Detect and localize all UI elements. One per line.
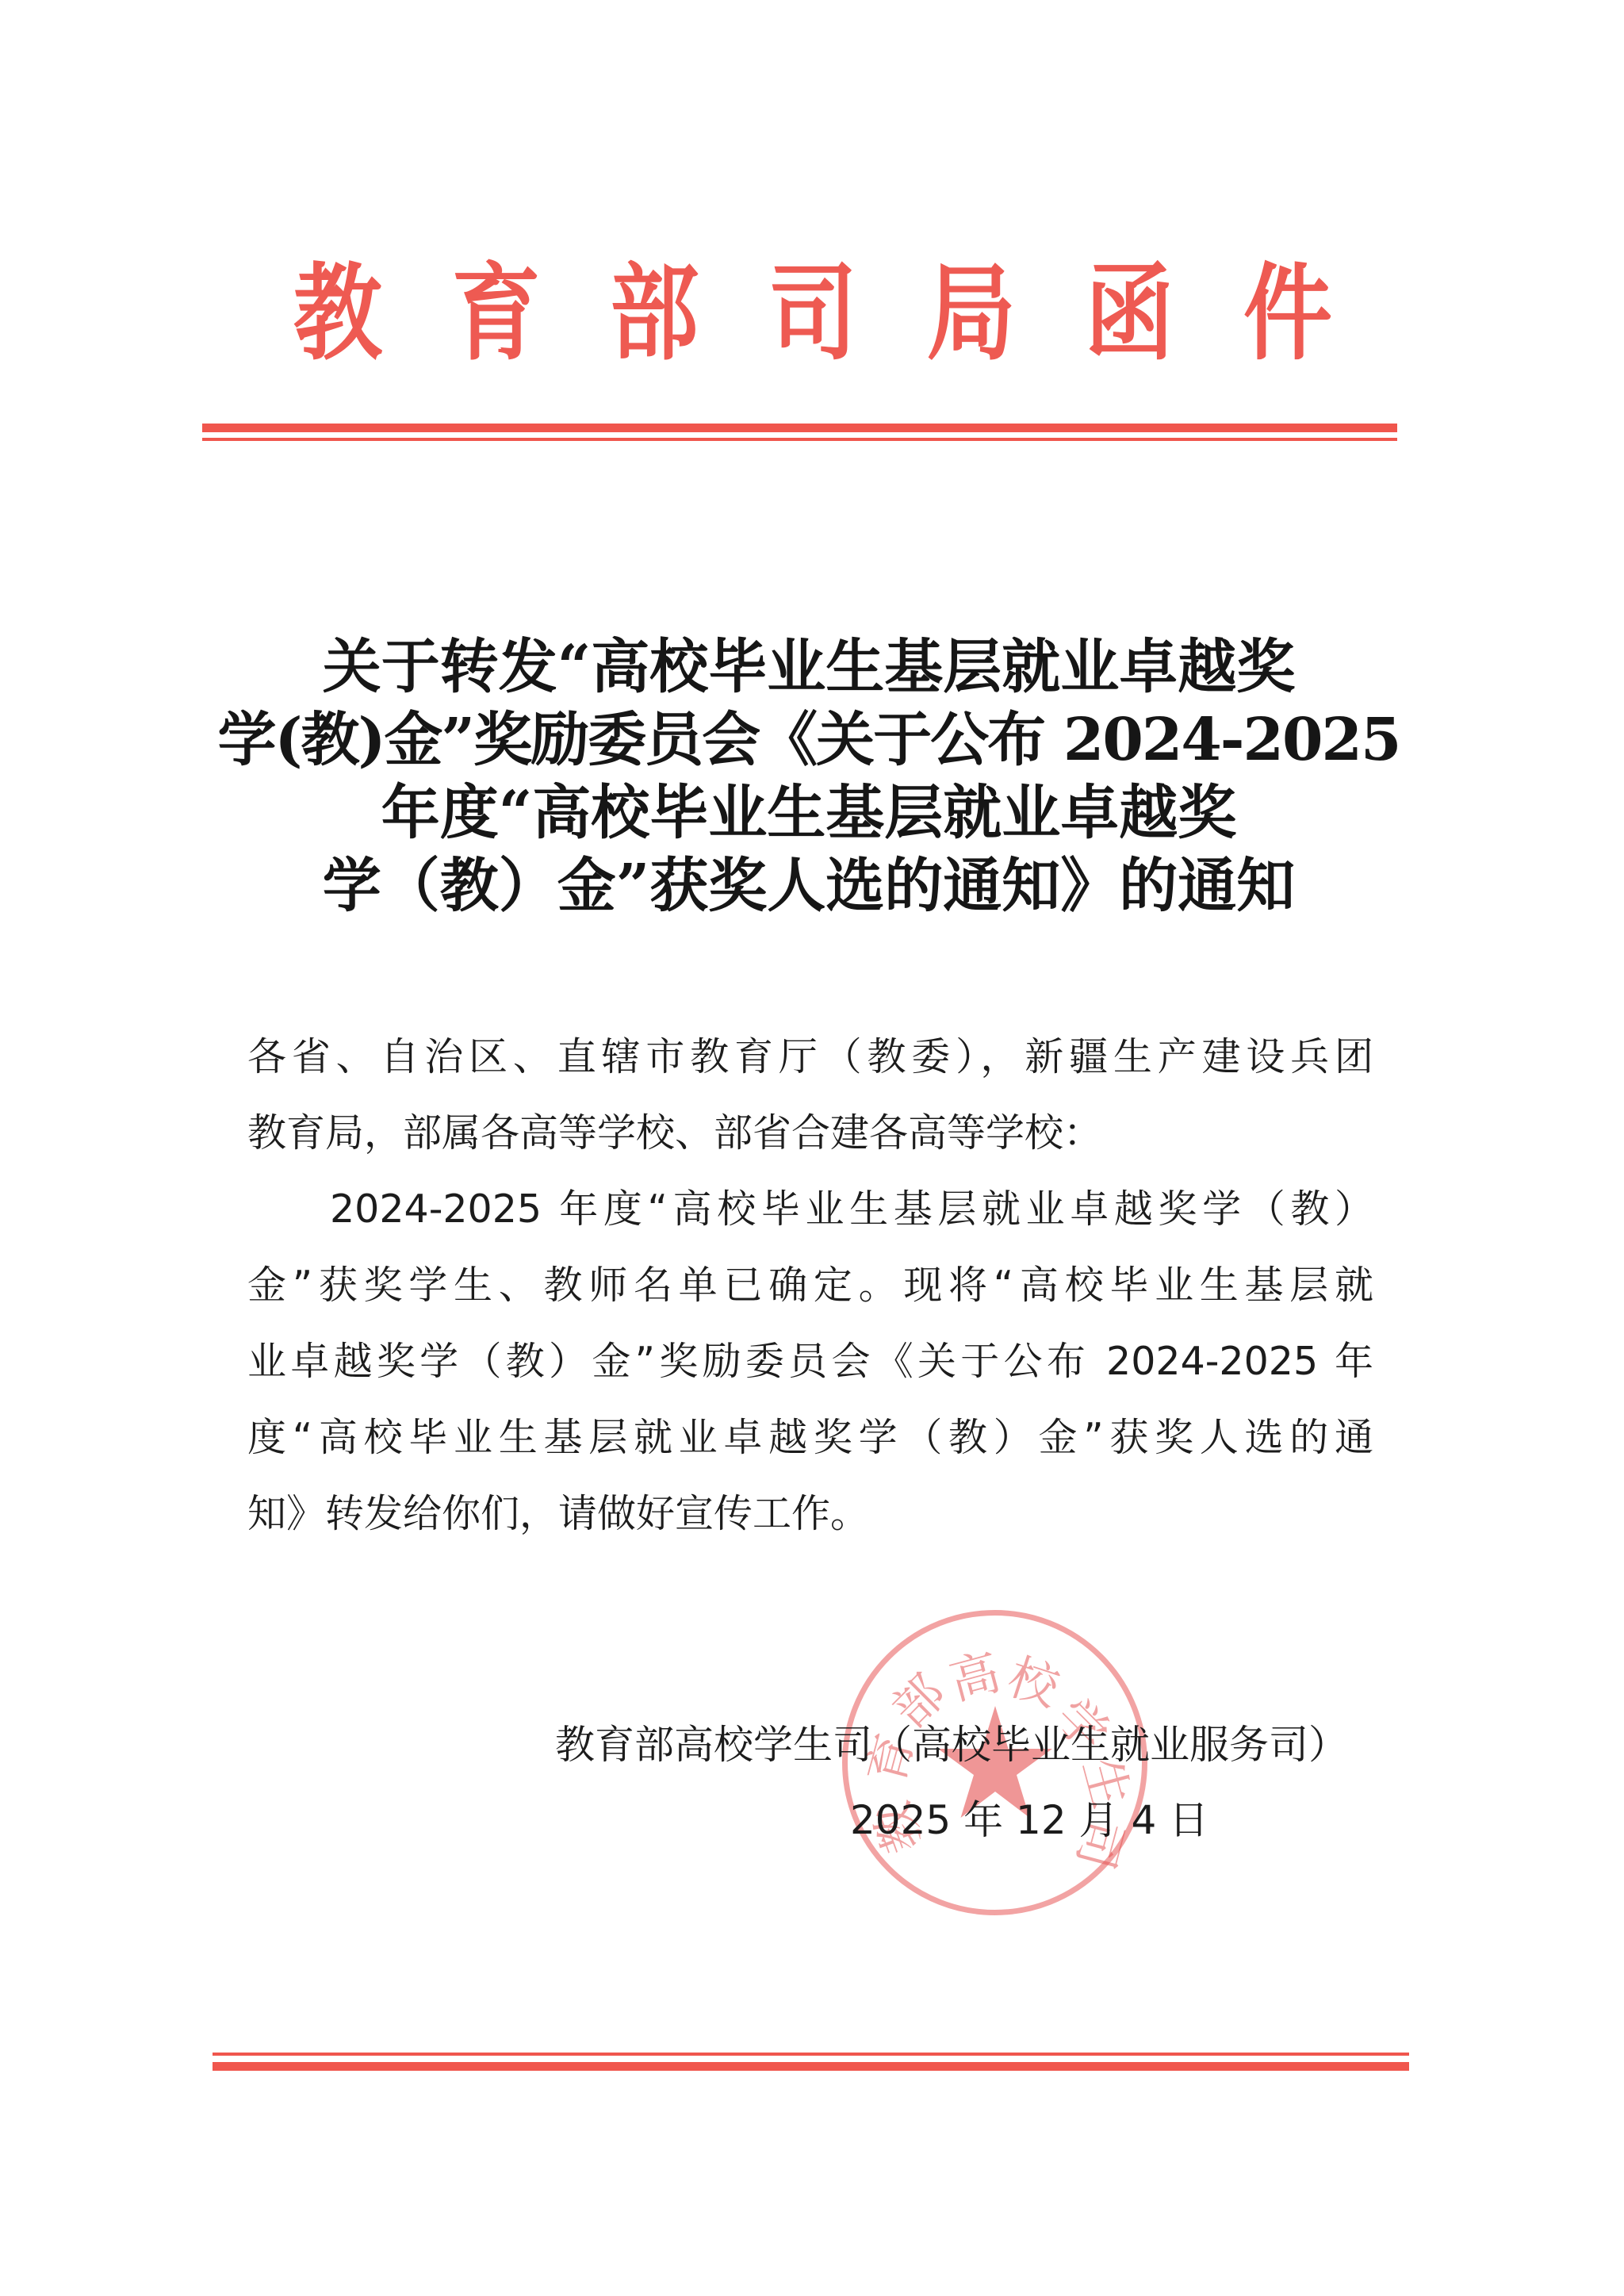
issue-date: 2025 年 12 月 4 日 (850, 1788, 1208, 1846)
letterhead-char: 部 (610, 262, 699, 366)
letterhead-char: 育 (452, 262, 541, 366)
bottom-rule-thin (213, 2053, 1409, 2056)
addressee-line: 教育局，部属各高等学校、部省合建各高等学校： (247, 1095, 1373, 1171)
letterhead-char: 教 (293, 262, 382, 366)
title-line: 学(教)金”奖励委员会《关于公布 2024-2025 (206, 703, 1411, 776)
body-line: 知》转发给你们，请做好宣传工作。 (247, 1476, 1373, 1552)
body-line: 金”获奖学生、教师名单已确定。现将“高校毕业生基层就 (247, 1248, 1373, 1324)
top-rule-thick (202, 424, 1397, 432)
body-line: 2024-2025 年度“高校毕业生基层就业卓越奖学（教） (247, 1171, 1373, 1248)
letterhead-char: 局 (927, 262, 1016, 366)
bottom-rule-thick (213, 2062, 1409, 2071)
letterhead-char: 司 (768, 262, 857, 366)
title-line: 年度“高校毕业生基层就业卓越奖 (206, 776, 1411, 849)
letterhead-title: 教 育 部 司 局 函 件 (293, 262, 1332, 351)
letterhead-char: 件 (1243, 262, 1332, 366)
top-rule-thin (202, 438, 1397, 441)
body-line: 度“高校毕业生基层就业卓越奖学（教）金”获奖人选的通 (247, 1400, 1373, 1476)
addressee-line: 各省、自治区、直辖市教育厅（教委），新疆生产建设兵团 (247, 1019, 1373, 1095)
issuer-signature: 教育部高校学生司（高校毕业生就业服务司） (555, 1713, 1348, 1770)
letterhead-char: 函 (1085, 262, 1174, 366)
title-line: 学（教）金”获奖人选的通知》的通知 (206, 849, 1411, 922)
document-body: 各省、自治区、直辖市教育厅（教委），新疆生产建设兵团 教育局，部属各高等学校、部… (247, 1019, 1373, 1552)
body-line: 业卓越奖学（教）金”奖励委员会《关于公布 2024-2025 年 (247, 1324, 1373, 1400)
seal-char: 校 (1001, 1638, 1069, 1720)
title-line: 关于转发“高校毕业生基层就业卓越奖 (206, 631, 1411, 703)
document-title: 关于转发“高校毕业生基层就业卓越奖 学(教)金”奖励委员会《关于公布 2024-… (206, 631, 1411, 922)
